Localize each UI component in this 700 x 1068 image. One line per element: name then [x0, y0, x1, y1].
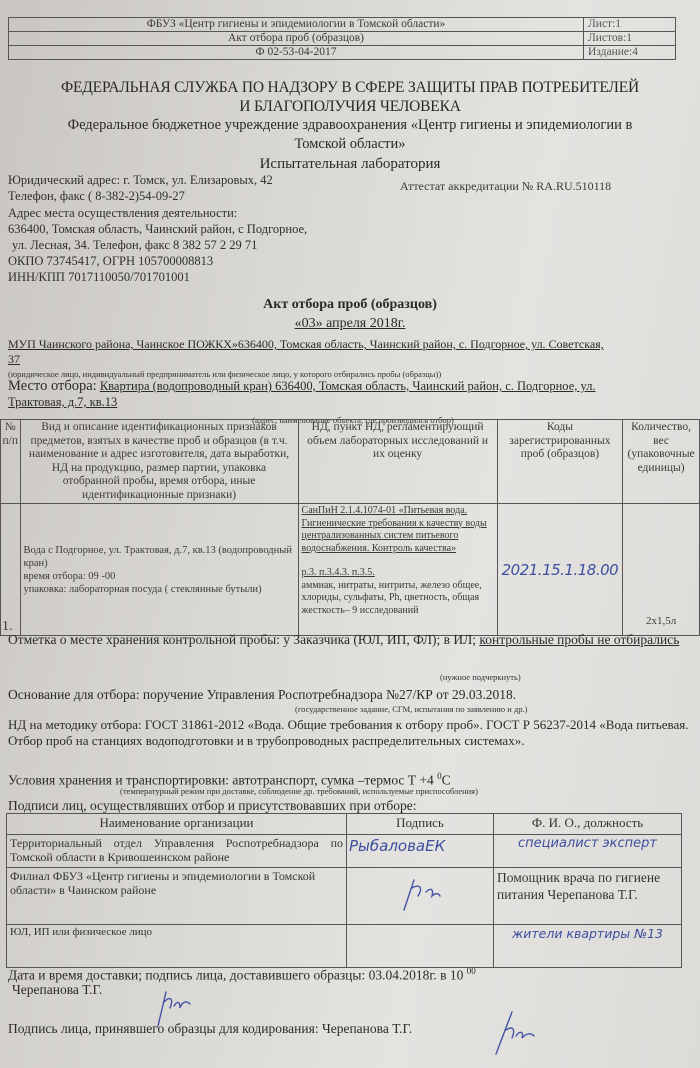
transport-hint: (температурный режим при доставке, соблю… — [120, 786, 478, 796]
desc-line-1: Вода с Подгорное, ул. Трактовая, д.7, кв… — [24, 544, 295, 570]
coding-signature-icon — [490, 1008, 540, 1058]
signature-row-person: Помощник врача по гигиене питания Черепа… — [494, 868, 682, 925]
handwritten-code: 2021.15.1.18.00 — [502, 561, 619, 579]
place-label: Место отбора: — [8, 378, 97, 394]
signature-row-org: Филиал ФБУЗ «Центр гигиены и эпидемиолог… — [7, 868, 347, 925]
col-codes: Коды зарегистрированных проб (образцов) — [497, 420, 623, 504]
header-form-code: Ф 02-53-04-2017 — [9, 46, 584, 60]
row-nd: СанПиН 2.1.4.1074-01 «Питьевая вода. Гиг… — [298, 504, 497, 636]
storage-selected: контрольные пробы не отбирались — [479, 632, 679, 647]
sampling-basis: Основание для отбора: поручение Управлен… — [8, 686, 698, 703]
samples-table-header: № п/п Вид и описание идентификационных п… — [1, 420, 700, 504]
agency-title: ФЕДЕРАЛЬНАЯ СЛУЖБА ПО НАДЗОРУ В СФЕРЕ ЗА… — [0, 78, 700, 116]
lab-title: Испытательная лаборатория — [0, 156, 700, 173]
storage-text: Отметка о месте хранения контрольной про… — [8, 632, 479, 647]
org-line-2: 37 — [8, 352, 698, 367]
signatures-title: Подписи лиц, осуществлявших отбор и прис… — [8, 797, 698, 814]
agency-line-1: ФЕДЕРАЛЬНАЯ СЛУЖБА ПО НАДЗОРУ В СФЕРЕ ЗА… — [0, 78, 700, 97]
signature-row-org: Территориальный отдел Управления Роспотр… — [7, 835, 347, 868]
place-line-1: Квартира (водопроводный кран) 636400, То… — [100, 379, 596, 393]
document-page: ФБУЗ «Центр гигиены и эпидемиологии в То… — [0, 0, 700, 1068]
handwritten-signature: РыбаловаЕК — [349, 837, 445, 855]
institution-line-2: Томской области» — [0, 135, 700, 154]
handwritten-residents: жители квартиры №13 — [512, 926, 663, 941]
desc-line-2: время отбора: 09 -00 — [24, 570, 295, 583]
nd-document: СанПиН 2.1.4.1074-01 «Питьевая вода. Гиг… — [302, 505, 494, 555]
act-title: Акт отбора проб (образцов) — [0, 297, 700, 313]
col-nd: НД, пункт НД, регламентирующий объем лаб… — [298, 420, 497, 504]
header-edition: Издание:4 — [584, 46, 676, 60]
header-sheet: Лист:1 — [584, 18, 676, 32]
inn: ИНН/КПП 7017110050/701701001 — [8, 270, 190, 285]
header-doc-name: Акт отбора проб (образцов) — [9, 32, 584, 46]
row-code: 2021.15.1.18.00 — [497, 504, 623, 636]
col-description: Вид и описание идентификационных признак… — [20, 420, 298, 504]
signature-row-sign — [347, 868, 494, 925]
phone: Телефон, факс ( 8-382-2)54-09-27 — [8, 189, 185, 204]
sampling-method: НД на методику отбора: ГОСТ 31861-2012 «… — [8, 717, 693, 748]
signature-row: Территориальный отдел Управления Роспотр… — [7, 835, 682, 868]
legal-address: Юридический адрес: г. Томск, ул. Елизаро… — [8, 173, 273, 188]
delivery-minutes: 00 — [467, 966, 476, 976]
desc-line-3: упаковка: лабораторная посуда ( стеклянн… — [24, 583, 295, 596]
activity-address-2: ул. Лесная, 34. Телефон, факс 8 382 57 2… — [12, 238, 257, 253]
activity-address-1: 636400, Томская область, Чаинский район,… — [8, 222, 307, 237]
signature-row: ЮЛ, ИП или физическое лицо жители кварти… — [7, 925, 682, 968]
col-num: № п/п — [1, 420, 21, 504]
row-quantity: 2x1,5л — [623, 504, 700, 636]
place-line-2: Трактовая, д.7, кв.13 — [8, 394, 698, 410]
institution-line-1: Федеральное бюджетное учреждение здравоо… — [0, 116, 700, 135]
signatures-header: Наименование организации Подпись Ф. И. О… — [7, 814, 682, 835]
signature-row-person: специалист эксперт — [494, 835, 682, 868]
coding-signature-line: Подпись лица, принявшего образцы для код… — [8, 1020, 698, 1037]
col-signature: Подпись — [347, 814, 494, 835]
accreditation: Аттестат аккредитации № RA.RU.510118 — [400, 179, 611, 194]
storage-hint: (нужное подчеркнуть) — [440, 672, 521, 682]
basis-hint: (государственное задание, СГМ, испытания… — [295, 704, 527, 714]
signature-row-org: ЮЛ, ИП или физическое лицо — [7, 925, 347, 968]
activity-label: Адрес места осуществления деятельности: — [8, 206, 237, 221]
row-num: 1. — [1, 504, 21, 636]
signature-row: Филиал ФБУЗ «Центр гигиены и эпидемиолог… — [7, 868, 682, 925]
document-header-table: ФБУЗ «Центр гигиены и эпидемиологии в То… — [8, 17, 676, 60]
nd-points: р.3. п.3.4.3. п.3.5. — [302, 567, 494, 580]
sampled-organization: МУП Чаинского района, Чаинское ПОЖКХ»636… — [8, 337, 698, 382]
delivery-person: Черепанова Т.Г. — [12, 981, 700, 998]
signature-row-sign: РыбаловаЕК — [347, 835, 494, 868]
okpo: ОКПО 73745417, ОГРН 105700008813 — [8, 254, 213, 269]
signature-row-sign — [347, 925, 494, 968]
col-organization: Наименование организации — [7, 814, 347, 835]
act-date-text: «03» апреля 2018г. — [295, 316, 406, 331]
institution-title: Федеральное бюджетное учреждение здравоо… — [0, 116, 700, 154]
signature-row-person: жители квартиры №13 — [494, 925, 682, 968]
handwritten-position: специалист эксперт — [518, 836, 657, 851]
storage-note: Отметка о месте хранения контрольной про… — [8, 631, 698, 649]
col-person: Ф. И. О., должность — [494, 814, 682, 835]
header-sheets-total: Листов:1 — [584, 32, 676, 46]
org-line-1: МУП Чаинского района, Чаинское ПОЖКХ»636… — [8, 337, 698, 352]
table-row: 1. Вода с Подгорное, ул. Трактовая, д.7,… — [1, 504, 700, 636]
samples-table: № п/п Вид и описание идентификационных п… — [0, 419, 700, 636]
act-date: «03» апреля 2018г. — [0, 316, 700, 332]
signatures-table: Наименование организации Подпись Ф. И. О… — [6, 813, 682, 968]
col-quantity: Количество, вес (упаковочные единицы) — [623, 420, 700, 504]
signature-scribble-icon — [390, 874, 450, 914]
header-org: ФБУЗ «Центр гигиены и эпидемиологии в То… — [9, 18, 584, 32]
agency-line-2: И БЛАГОПОЛУЧИЯ ЧЕЛОВЕКА — [0, 97, 700, 116]
nd-tests: аммиак, нитраты, нитриты, железо общее, … — [302, 580, 494, 618]
row-description: Вода с Подгорное, ул. Трактовая, д.7, кв… — [20, 504, 298, 636]
